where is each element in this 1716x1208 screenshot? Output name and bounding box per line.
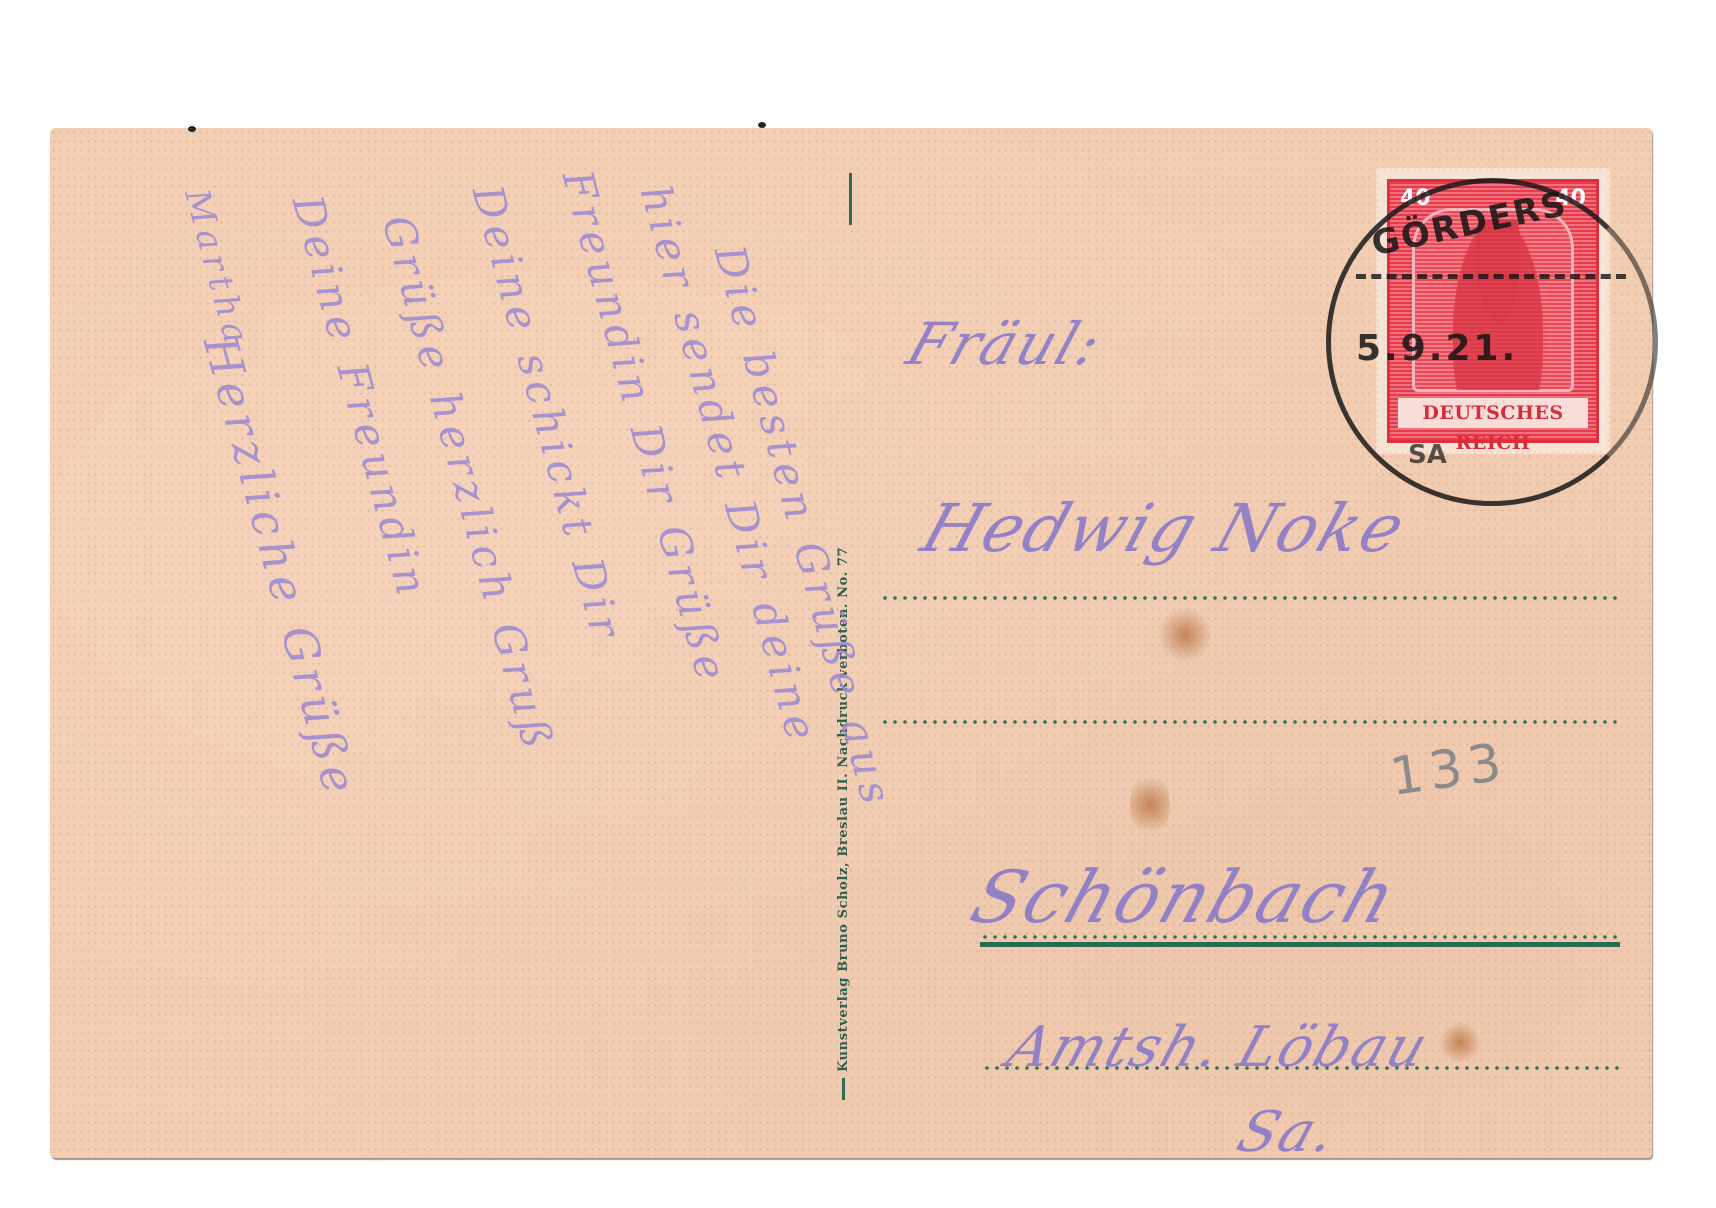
address-town: Schönbach [961, 855, 1408, 939]
address-line-2 [880, 720, 1620, 724]
postmark-bottom: SA [1408, 440, 1447, 470]
punch-hole [758, 122, 766, 128]
postmark-bar [1356, 274, 1626, 279]
postmark-date: 5.9.21. [1356, 328, 1518, 369]
address-line-1 [880, 596, 1620, 600]
divider-top [849, 173, 852, 225]
divider-dash [842, 1078, 845, 1100]
address-name: Hedwig Noke [912, 490, 1415, 567]
address-salutation: Fräul: [899, 310, 1111, 378]
foxing-stain [1440, 1020, 1480, 1065]
foxing-stain [1130, 770, 1170, 840]
foxing-stain [1160, 605, 1210, 665]
address-district: Amtsh. Löbau [999, 1015, 1437, 1080]
address-underline-bar [980, 942, 1620, 947]
punch-hole [188, 126, 196, 132]
address-line-4 [982, 1066, 1622, 1070]
address-line-3 [980, 935, 1620, 939]
